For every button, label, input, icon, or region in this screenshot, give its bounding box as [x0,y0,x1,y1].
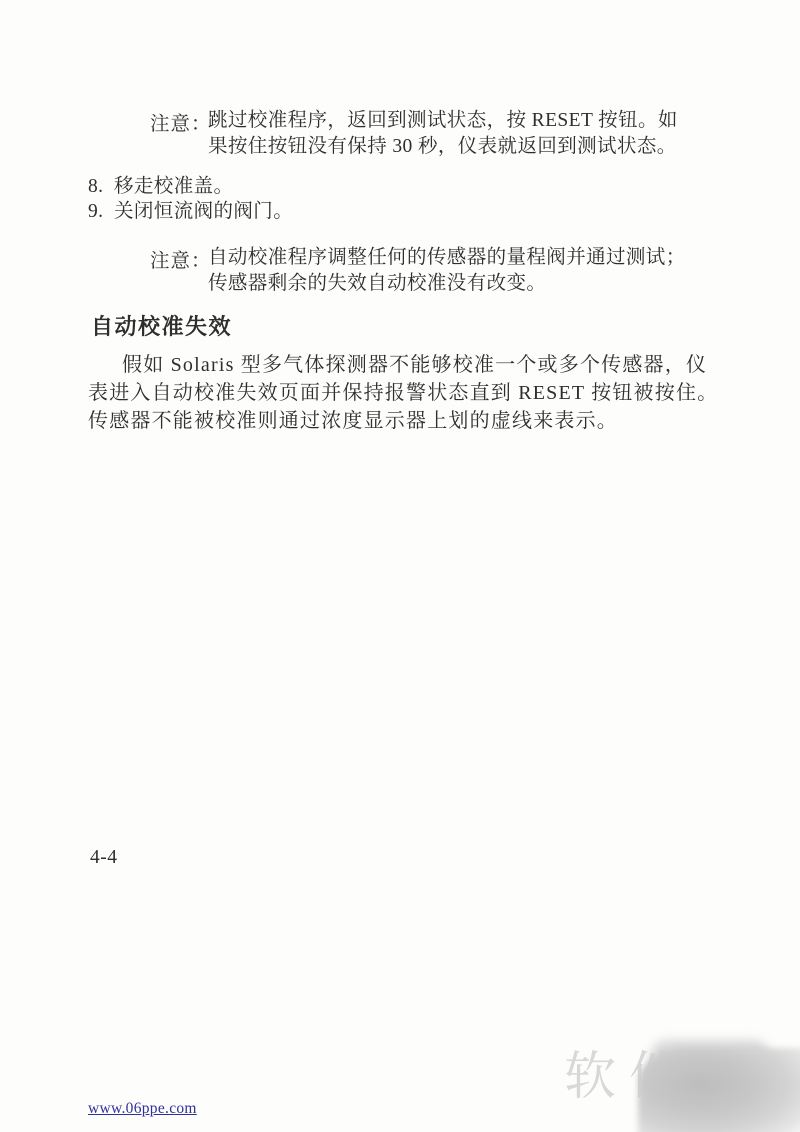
step-number: 9. [88,200,114,225]
note-line: 果按住按钮没有保持 30 秒，仪表就返回到测试状态。 [208,134,725,160]
footer-website-link[interactable]: www.06ppe.com [88,1100,197,1118]
note-body: 跳过校准程序，返回到测试状态，按 RESET 按钮。如 果按住按钮没有保持 30… [208,108,725,160]
scan-artifact-blob [638,1048,800,1132]
note-line: 自动校准程序调整任何的传感器的量程阀并通过测试； [208,245,725,271]
step-list: 8.移走校准盖。 9.关闭恒流阀的阀门。 [88,175,293,224]
paragraph-line: 传感器不能被校准则通过浓度显示器上划的虚线来表示。 [88,407,718,435]
paragraph-line: 表进入自动校准失效页面并保持报警状态直到 RESET 按钮被按住。 [88,379,718,407]
step-item-9: 9.关闭恒流阀的阀门。 [88,200,293,225]
note-body: 自动校准程序调整任何的传感器的量程阀并通过测试； 传感器剩余的失效自动校准没有改… [208,245,725,297]
note-line: 跳过校准程序，返回到测试状态，按 RESET 按钮。如 [208,108,725,134]
document-page: 注意： 跳过校准程序，返回到测试状态，按 RESET 按钮。如 果按住按钮没有保… [0,0,800,1132]
note-block-1: 注意： 跳过校准程序，返回到测试状态，按 RESET 按钮。如 果按住按钮没有保… [150,108,725,160]
paragraph-line: 假如 Solaris 型多气体探测器不能够校准一个或多个传感器，仪 [88,351,718,379]
note-label: 注意： [150,108,212,136]
page-number: 4-4 [90,847,118,869]
note-block-2: 注意： 自动校准程序调整任何的传感器的量程阀并通过测试； 传感器剩余的失效自动校… [150,245,725,297]
step-number: 8. [88,175,114,200]
step-text: 移走校准盖。 [114,176,233,197]
note-line: 传感器剩余的失效自动校准没有改变。 [208,271,725,297]
step-text: 关闭恒流阀的阀门。 [114,201,293,222]
section-heading: 自动校准失效 [91,310,232,341]
body-paragraph: 假如 Solaris 型多气体探测器不能够校准一个或多个传感器，仪 表进入自动校… [88,351,718,435]
step-item-8: 8.移走校准盖。 [88,175,293,200]
note-label: 注意： [150,245,212,273]
